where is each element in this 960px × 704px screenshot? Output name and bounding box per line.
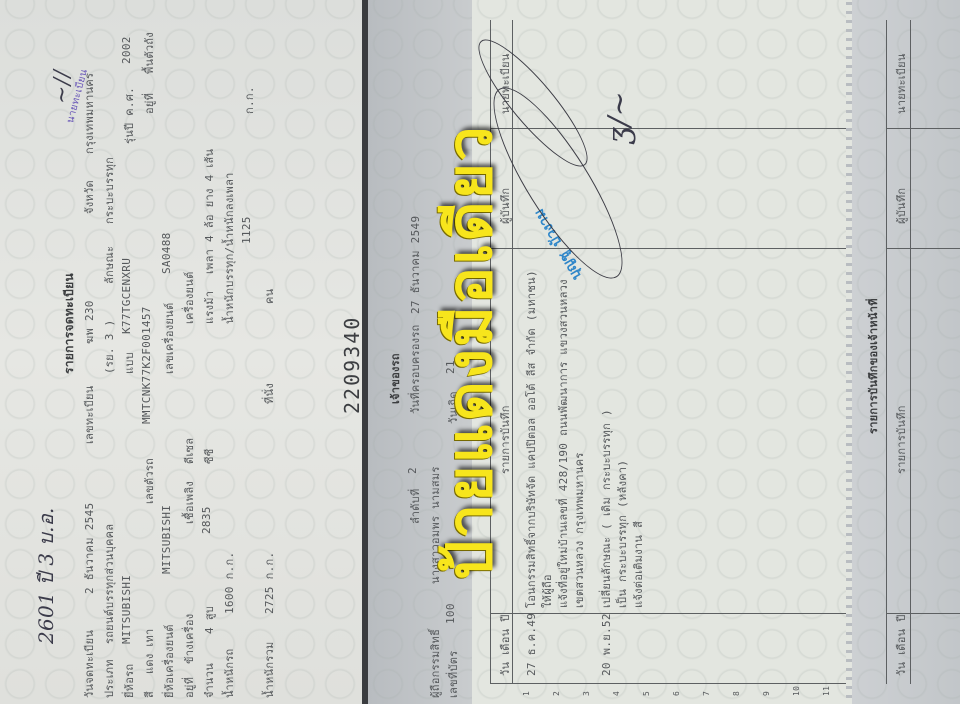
order-number: 2 <box>406 467 419 474</box>
far-col-date: วัน เดือน ปี <box>892 614 910 676</box>
row-number: 1 <box>522 691 531 696</box>
fuel-label: เชื้อเพลิง <box>180 481 198 524</box>
engine-loc-label: อยู่ที่ <box>180 677 198 698</box>
fuel-type: ดีเซล <box>180 438 198 464</box>
row-number: 3 <box>582 691 591 696</box>
car-weight: 1600 ก.ก. <box>220 552 238 614</box>
section-title: รายการจดทะเบียน <box>60 273 79 374</box>
engine-no-label: เลขเครื่องยนต์ <box>160 303 178 374</box>
officer-records-page: รายการบันทึกของเจ้าหน้าที่ วัน เดือน ปี … <box>852 0 960 704</box>
row1-line1: โอนกรรมสิทธิ์จากบริษัทจัด แคปปิตอล ออโต้… <box>522 270 540 608</box>
model-year-label: รุ่นปี ค.ศ. <box>120 87 138 144</box>
row-number: 8 <box>732 691 741 696</box>
records-page: วัน เดือน ปี รายการบันทึก ผู้บันทึก นายท… <box>472 0 852 704</box>
row2-line3: แจ้งต่อเติมงาน สี <box>629 521 647 608</box>
row1-line4: เขตสวนหลวง กรุงเทพมหานคร <box>570 452 588 608</box>
style-label: ลักษณะ <box>100 246 118 284</box>
reg-date: 2 ธันวาคม 2545 <box>80 503 98 594</box>
row-number: 5 <box>642 691 651 696</box>
registrar-signature-2: ʒ∕~ <box>602 91 637 144</box>
document-number: 2209340 <box>340 316 364 414</box>
row-number: 2 <box>552 691 561 696</box>
chassis-location: พื้นตัวถัง <box>140 32 158 74</box>
row2-date: 20 พ.ย.52 <box>597 613 615 676</box>
engine-brand: MITSUBISHI <box>160 505 173 574</box>
load-unit: ก.ก. <box>240 86 258 114</box>
engine-cc: 2835 <box>200 506 213 534</box>
seats-unit: คน <box>260 289 278 304</box>
engine-number: SA0488 <box>160 232 173 274</box>
cylinders: 4 สูบ <box>200 606 218 634</box>
overlay-caption: ป้ายแดงมือเดียว <box>430 0 510 704</box>
car-weight-label: น้ำหนักรถ <box>220 649 238 699</box>
vehicle-style: กระบะบรรทุก <box>100 157 118 224</box>
row-number: 10 <box>792 686 801 696</box>
row-number: 9 <box>762 691 771 696</box>
far-col-recorder: ผู้บันทึก <box>892 188 910 224</box>
color-label: สี <box>140 691 158 698</box>
row1-date: 27 ธ.ค.49 <box>522 613 540 676</box>
row-number: 11 <box>822 686 831 696</box>
handwritten-note: 2601 ปี 3 บ.อ. <box>30 507 62 644</box>
officer-section-title: รายการบันทึกของเจ้าหน้าที่ <box>864 298 882 434</box>
model-year: 2002 <box>120 36 133 64</box>
type-label: ประเภท <box>100 659 118 698</box>
brand-label: ยี่ห้อรถ <box>120 664 138 698</box>
fuel-tank: เครื่องยนต์ <box>180 271 198 324</box>
document-photo: 2601 ปี 3 บ.อ. รายการจดทะเบียน วันจดทะเบ… <box>0 0 960 704</box>
vehicle-type: รถยนต์บรรทุกส่วนบุคคล <box>100 524 118 644</box>
reg-no: ฆพ 230 <box>80 300 98 344</box>
color: แดง เทา <box>140 628 158 674</box>
caption-text: ป้ายแดงมือเดียว <box>421 124 519 580</box>
chassis-label: เลขตัวรถ <box>140 458 158 504</box>
total-weight: 2725 ก.ก. <box>260 552 278 614</box>
engine-location: ข้างเครื่อง <box>180 614 198 664</box>
owner-section-title: เจ้าของรถ <box>386 353 404 404</box>
reg-no-label: เลขทะเบียน <box>80 385 98 444</box>
cc-label: ซีซี <box>200 448 218 464</box>
location-label: อยู่ที่ <box>140 93 158 114</box>
far-col-registrar: นายทะเบียน <box>892 53 910 114</box>
registrar-signature: ~∕∕ <box>50 70 75 104</box>
load-weight: 1125 <box>240 216 253 244</box>
brand: MITSUBISHI <box>120 575 133 644</box>
cylinders-label: จำนวน <box>200 663 218 698</box>
total-weight-label: น้ำหนักรวม <box>260 641 278 698</box>
hp-label: แรงม้า <box>200 291 218 324</box>
type-code: (รย. 3 ) <box>100 320 118 375</box>
row-number: 4 <box>612 691 621 696</box>
province-label: จังหวัด <box>80 180 98 214</box>
load-label: น้ำหนักบรรทุก/น้ำหนักลงเพลา <box>220 172 238 324</box>
wheels: เพลา 4 ล้อ ยาง 4 เส้น <box>200 149 218 274</box>
reg-date-label: วันจดทะเบียน <box>80 630 98 698</box>
chassis-number: MMTCNK77K2F001457 <box>140 306 153 424</box>
model: K77TGCENXRU <box>120 258 133 334</box>
engine-brand-label: ยี่ห้อเครื่องยนต์ <box>160 624 178 698</box>
registration-page: 2601 ปี 3 บ.อ. รายการจดทะเบียน วันจดทะเบ… <box>0 0 366 704</box>
far-col-record: รายการบันทึก <box>892 405 910 474</box>
model-label: แบบ <box>120 352 138 374</box>
row-number: 7 <box>702 691 711 696</box>
row-number: 6 <box>672 691 681 696</box>
seats-label: ที่นั่ง <box>260 383 278 404</box>
